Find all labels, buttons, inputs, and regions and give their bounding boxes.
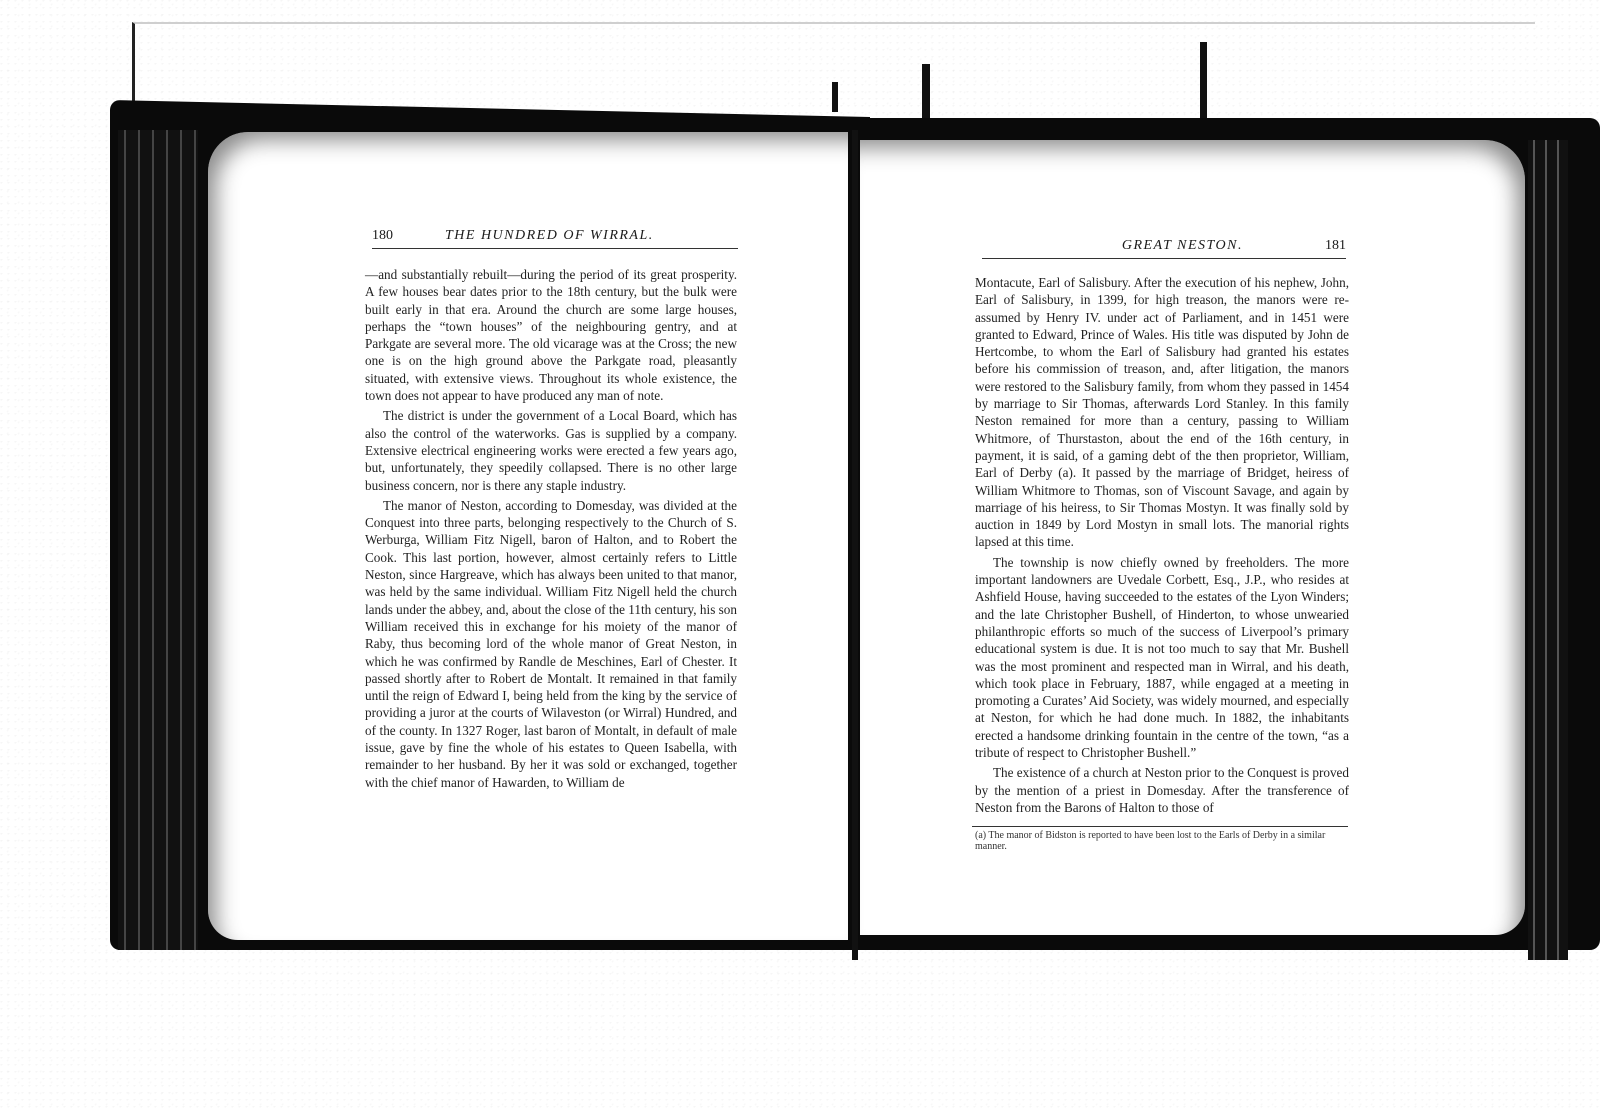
right-running-head: GREAT NESTON. 181 bbox=[982, 238, 1346, 259]
page-number: 181 bbox=[1325, 238, 1346, 254]
paragraph: The district is under the government of … bbox=[365, 407, 737, 493]
footnote-rule bbox=[972, 826, 1348, 827]
left-running-head: 180 THE HUNDRED OF WIRRAL. bbox=[372, 228, 738, 249]
page-edges-left bbox=[118, 130, 198, 950]
footnote: (a) The manor of Bidston is reported to … bbox=[975, 830, 1347, 852]
right-page-body: Montacute, Earl of Salisbury. After the … bbox=[975, 274, 1349, 816]
page-number: 180 bbox=[372, 228, 393, 244]
page-edges-right bbox=[1528, 140, 1568, 960]
paragraph: The existence of a church at Neston prio… bbox=[975, 764, 1349, 816]
paragraph: —and substantially rebuilt—during the pe… bbox=[365, 266, 737, 404]
paragraph: Montacute, Earl of Salisbury. After the … bbox=[975, 274, 1349, 551]
paragraph: The manor of Neston, according to Domesd… bbox=[365, 497, 737, 791]
running-title: THE HUNDRED OF WIRRAL. bbox=[445, 228, 654, 244]
running-title: GREAT NESTON. bbox=[1122, 238, 1243, 254]
book-gutter bbox=[852, 130, 858, 960]
left-page-body: —and substantially rebuilt—during the pe… bbox=[365, 266, 737, 791]
paragraph: The township is now chiefly owned by fre… bbox=[975, 554, 1349, 762]
